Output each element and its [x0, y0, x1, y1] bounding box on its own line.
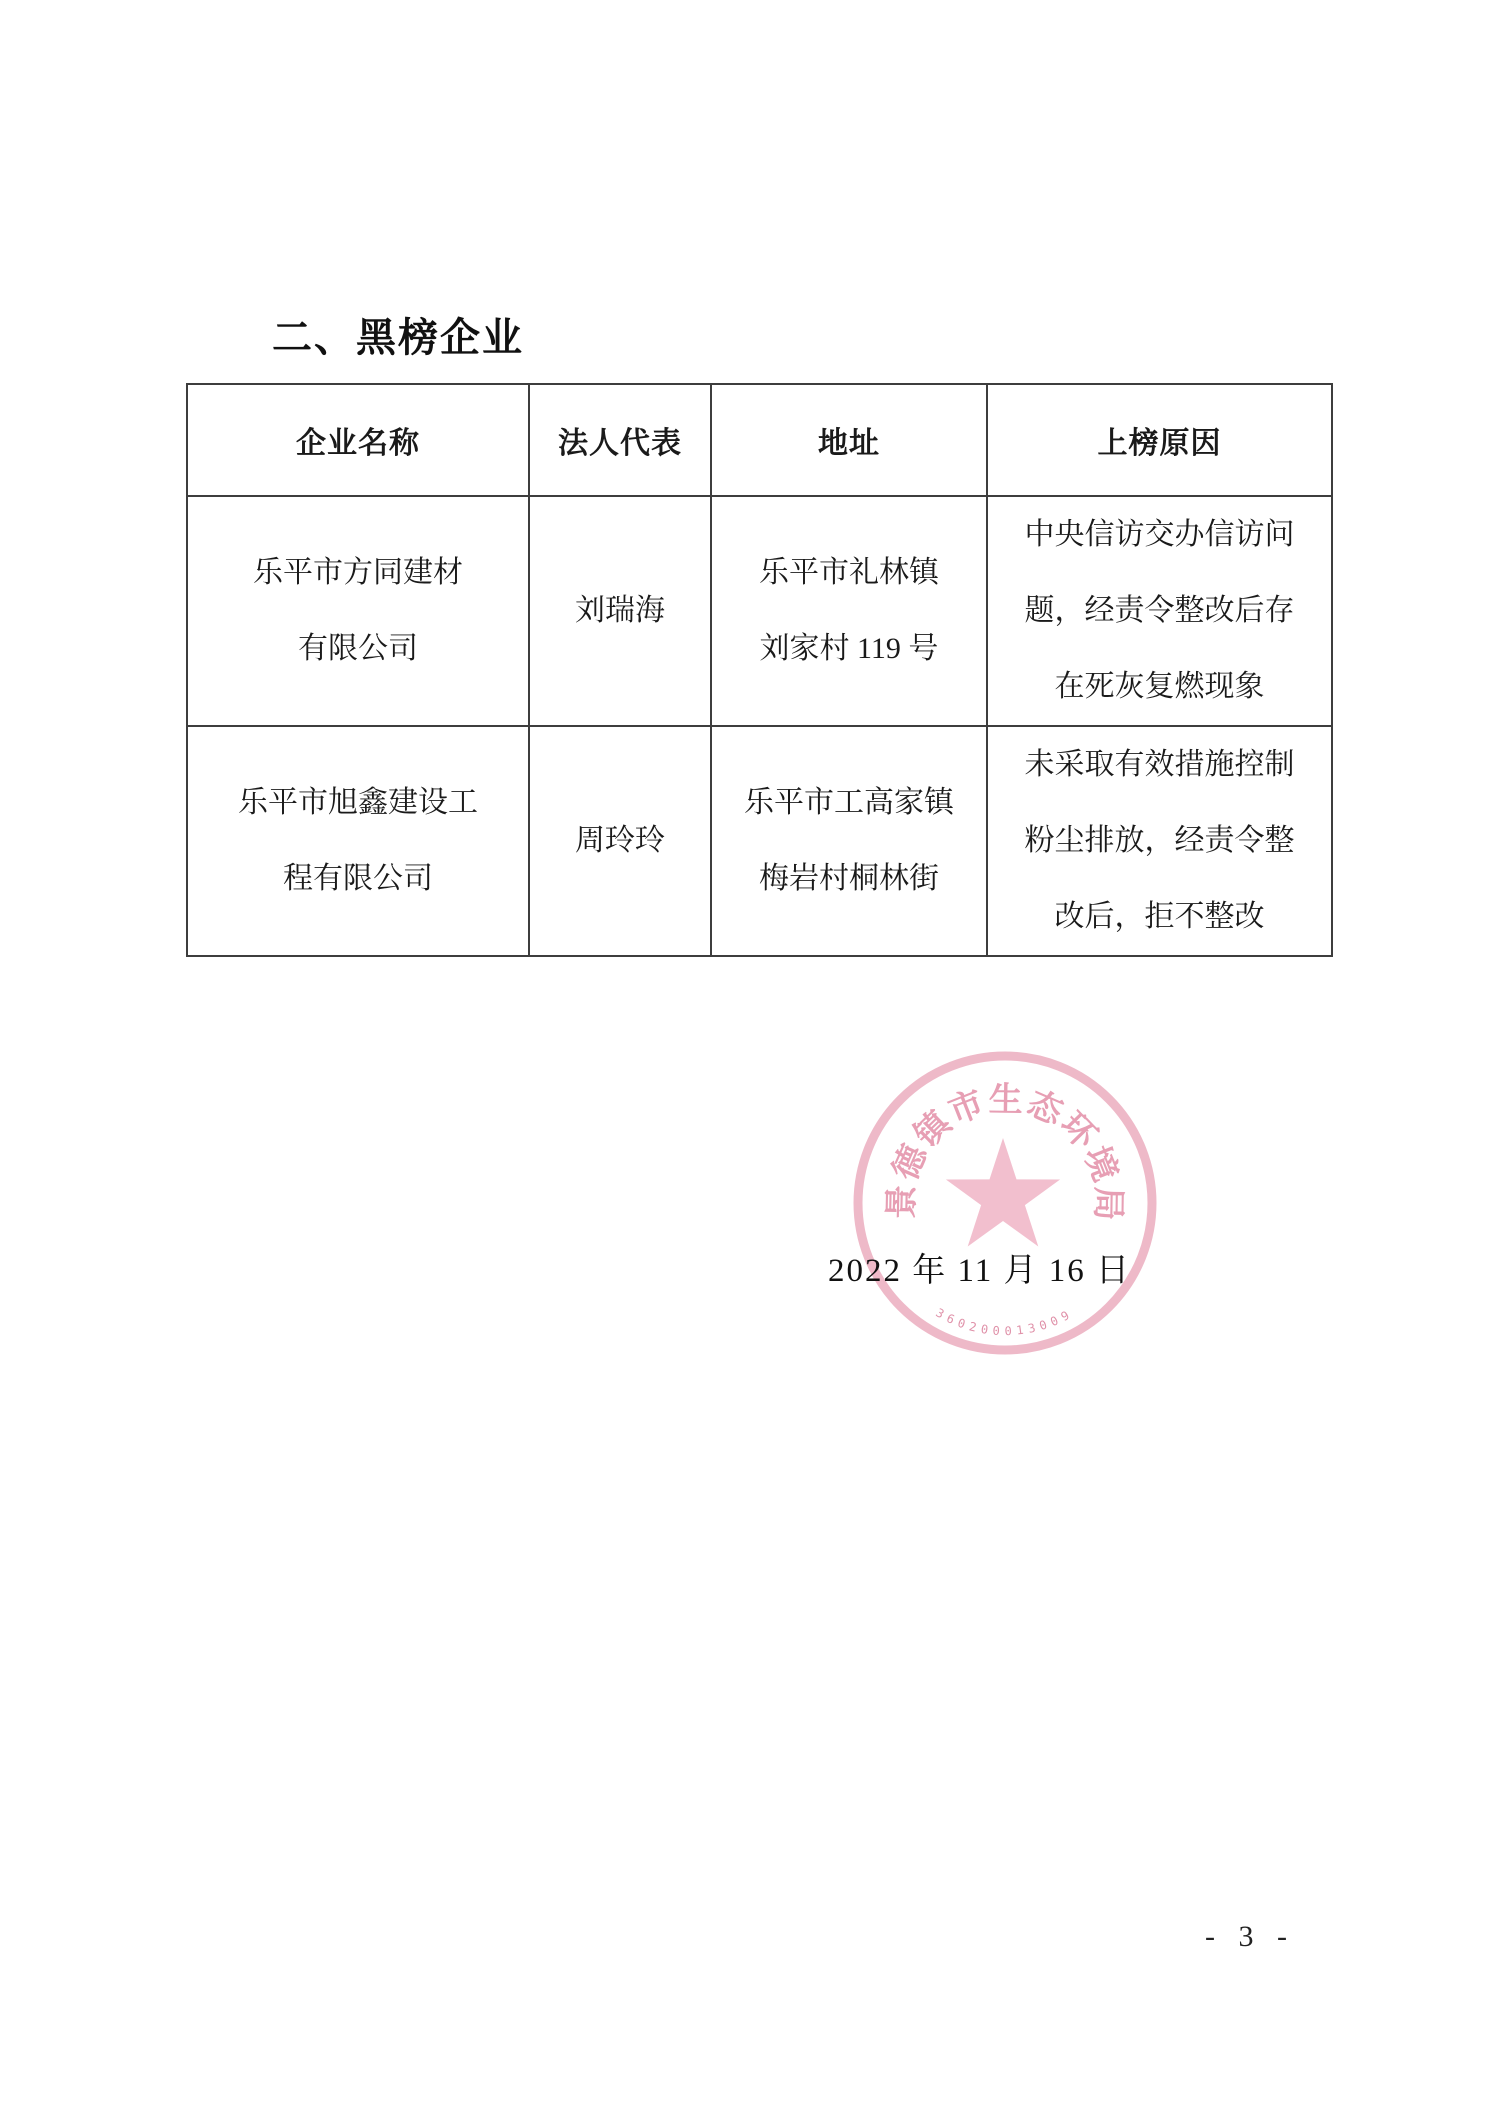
document-date: 2022 年 11 月 16 日 [828, 1244, 1131, 1291]
blacklist-table: 企业名称 法人代表 地址 上榜原因 乐平市方同建材 有限公司 刘瑞海 乐平市礼林… [186, 383, 1333, 957]
table-row: 乐平市方同建材 有限公司 刘瑞海 乐平市礼林镇 刘家村 119 号 中央信访交办… [187, 496, 1332, 726]
cell-listing-reason: 未采取有效措施控制 粉尘排放，经责令整 改后，拒不整改 [987, 726, 1332, 956]
section-heading: 二、黑榜企业 [272, 306, 524, 363]
header-company-name: 企业名称 [187, 384, 529, 496]
cell-address: 乐平市工高家镇 梅岩村桐林街 [711, 726, 987, 956]
page-number: - 3 - [1205, 1920, 1295, 1954]
stamp-star-icon [946, 1138, 1060, 1247]
official-seal-stamp: 景德镇市生态环境局 360200013009 [850, 1048, 1162, 1360]
stamp-graphic: 景德镇市生态环境局 360200013009 [850, 1048, 1162, 1360]
cell-address: 乐平市礼林镇 刘家村 119 号 [711, 496, 987, 726]
cell-legal-representative: 刘瑞海 [529, 496, 711, 726]
header-legal-representative: 法人代表 [529, 384, 711, 496]
table-header-row: 企业名称 法人代表 地址 上榜原因 [187, 384, 1332, 496]
header-listing-reason: 上榜原因 [987, 384, 1332, 496]
cell-company-name: 乐平市旭鑫建设工 程有限公司 [187, 726, 529, 956]
stamp-serial-number: 360200013009 [933, 1306, 1076, 1339]
header-address: 地址 [711, 384, 987, 496]
cell-company-name: 乐平市方同建材 有限公司 [187, 496, 529, 726]
cell-listing-reason: 中央信访交办信访问 题，经责令整改后存 在死灰复燃现象 [987, 496, 1332, 726]
table-row: 乐平市旭鑫建设工 程有限公司 周玲玲 乐平市工高家镇 梅岩村桐林街 未采取有效措… [187, 726, 1332, 956]
cell-legal-representative: 周玲玲 [529, 726, 711, 956]
